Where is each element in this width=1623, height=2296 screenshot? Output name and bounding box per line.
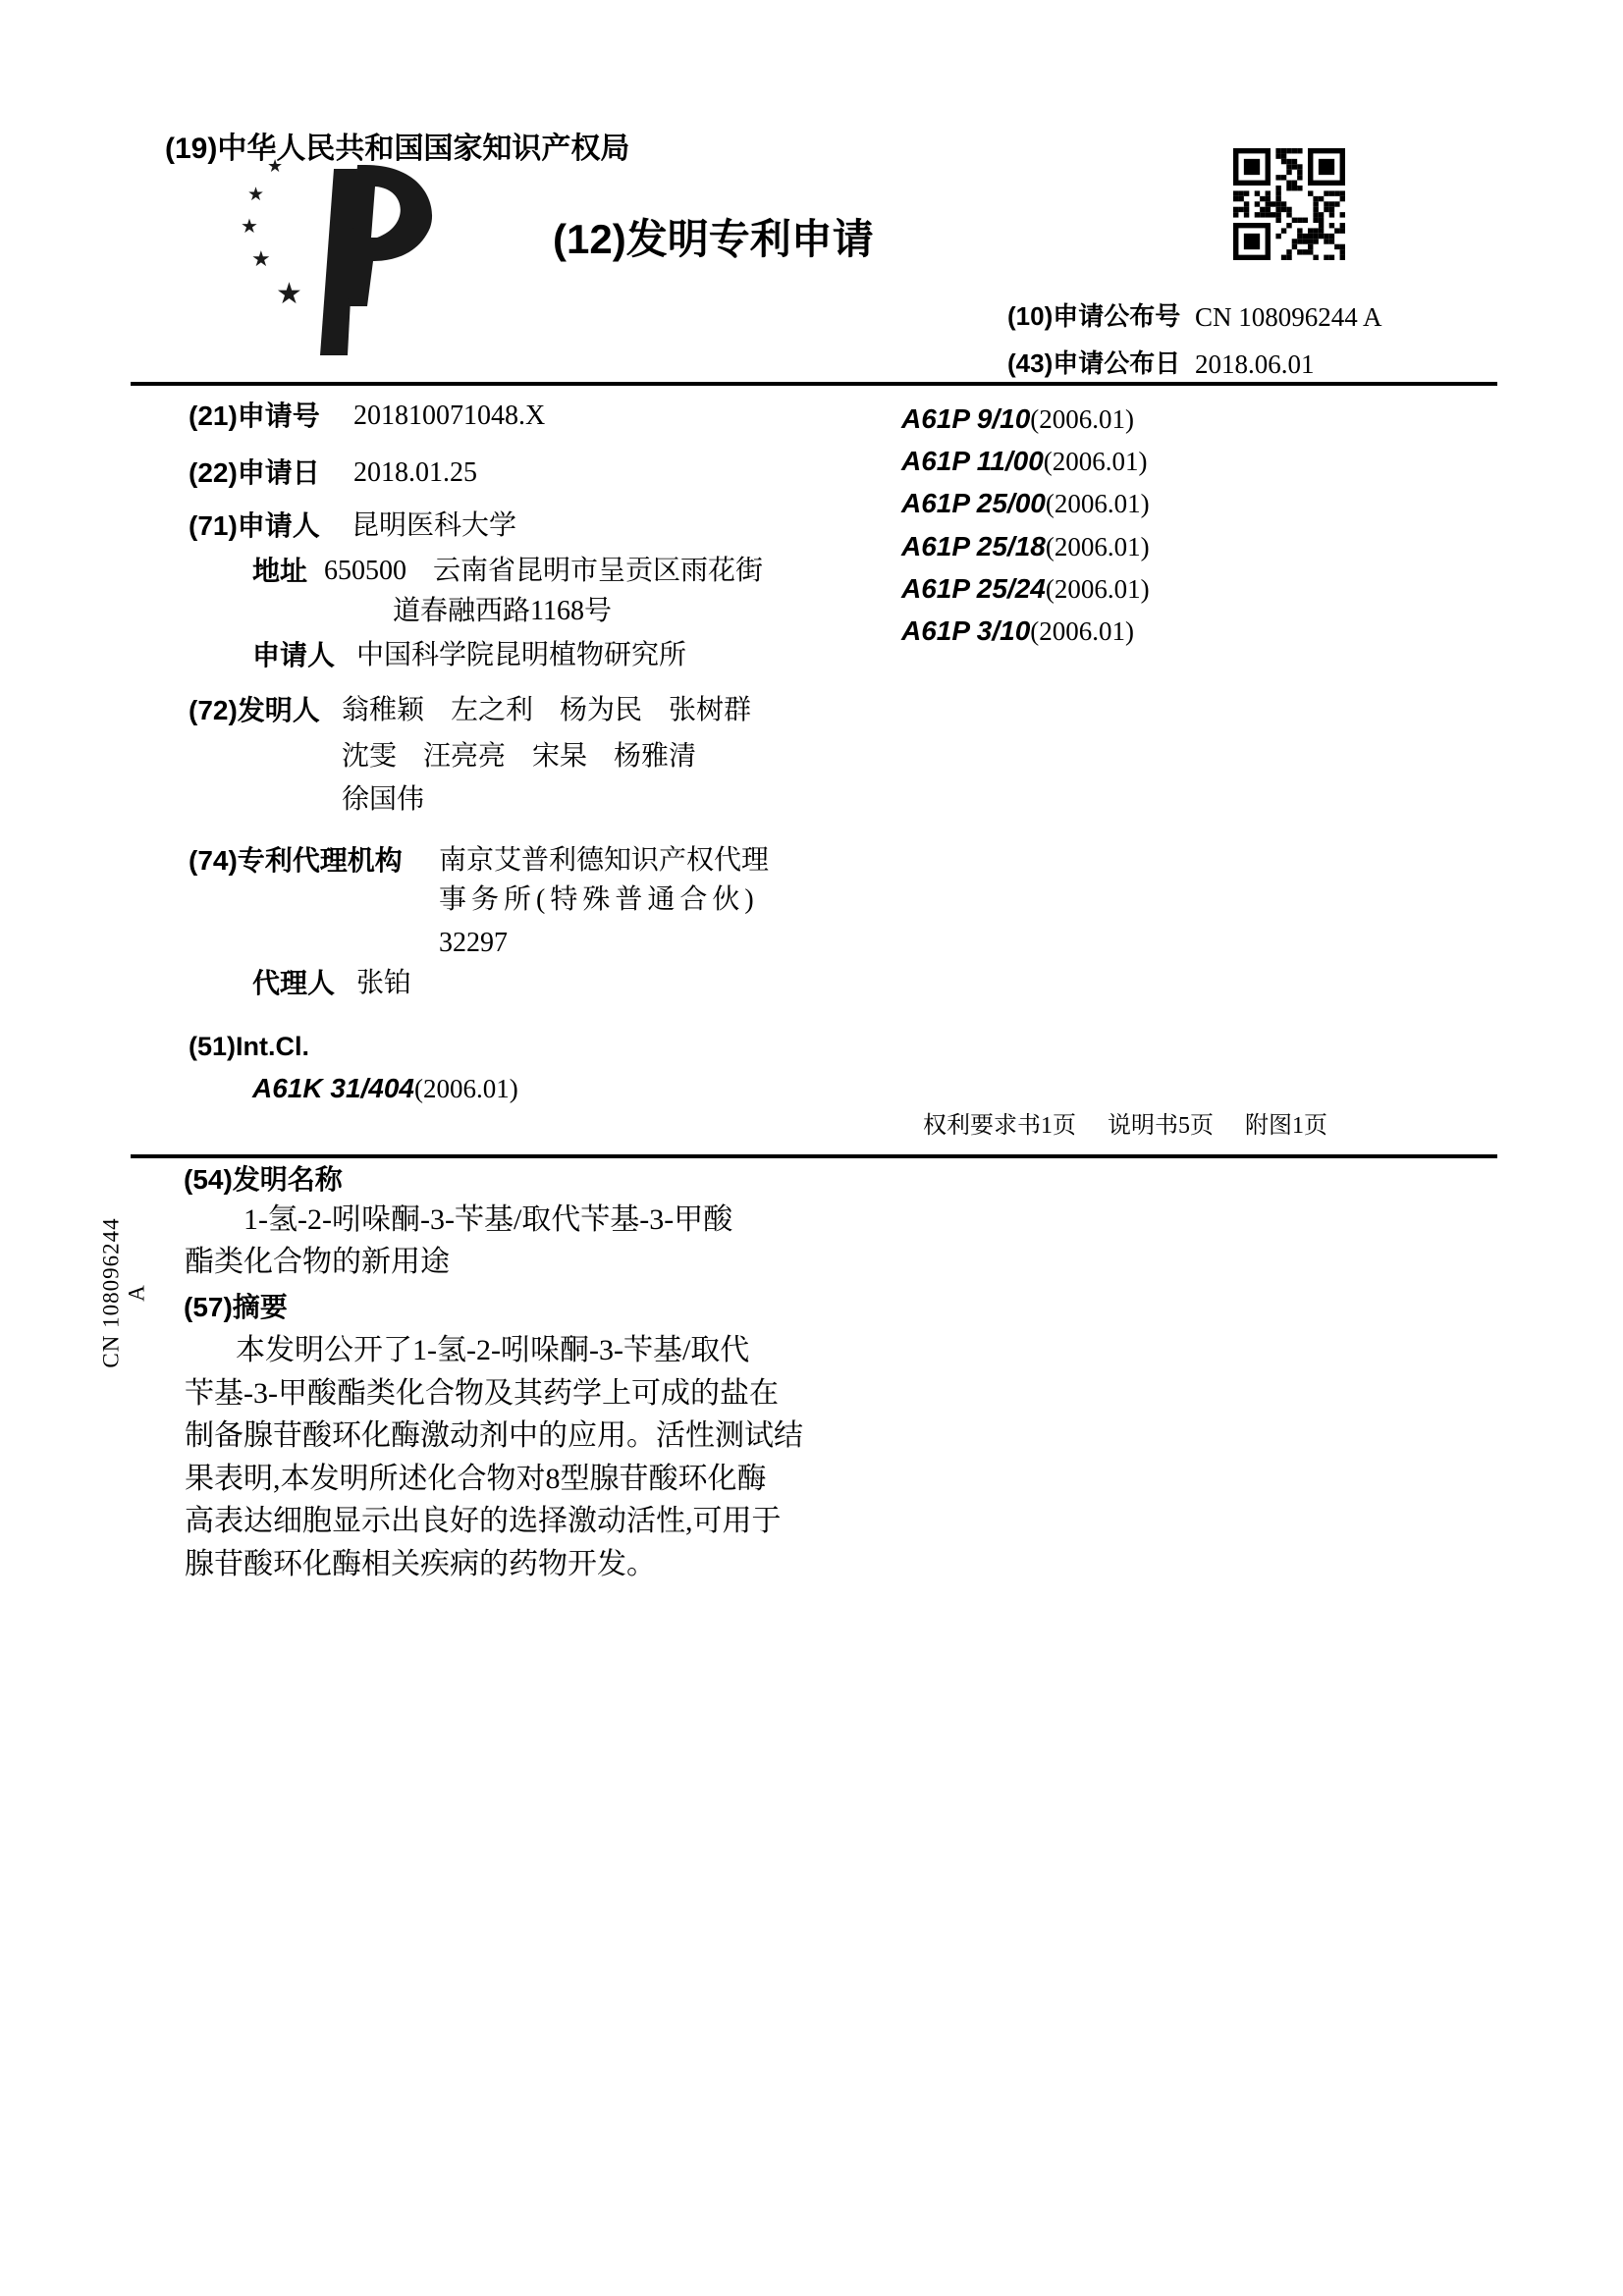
ipc-version: (2006.01) [1030, 616, 1134, 646]
ipc-version: (2006.01) [1046, 532, 1150, 561]
star-icon: ★ [247, 186, 264, 204]
pub-number-value: CN 108096244 A [1195, 302, 1382, 333]
address-line2: 道春融西路1168号 [393, 596, 612, 627]
star-icon: ★ [251, 248, 271, 270]
agency-code: 32297 [439, 928, 508, 959]
ipc-code: A61P 3/10 [901, 615, 1030, 646]
abstract-label: (57)摘要 [184, 1292, 288, 1323]
invention-title-label: (54)发明名称 [184, 1164, 343, 1196]
agent-label: 代理人 [252, 968, 335, 999]
pages-info: 权利要求书1页 说明书5页 附图1页 [923, 1105, 1327, 1140]
patent-front-page: (19)中华人民共和国国家知识产权局 ★ ★ ★ ★ ★ (12)发明专利申请 [0, 0, 1623, 2296]
ipc-code: A61P 9/10 [901, 403, 1030, 434]
ipc-code: A61P 11/00 [901, 446, 1044, 476]
filing-date-label: (22)申请日 [189, 457, 320, 489]
agent-value: 张铂 [356, 968, 411, 999]
side-publication-code: CN 108096244 A [99, 1207, 129, 1379]
ipc-code-row: A61P 11/00(2006.01) [901, 446, 1148, 478]
application-number-label: (21)申请号 [189, 400, 320, 432]
inventors-label: (72)发明人 [189, 695, 320, 726]
ipc-code-row: A61P 25/18(2006.01) [901, 531, 1150, 563]
star-icon: ★ [276, 280, 302, 309]
agency-name-line1: 南京艾普利德知识产权代理 [439, 845, 769, 877]
address-label: 地址 [252, 556, 307, 587]
ipc-code-row: A61P 25/00(2006.01) [901, 488, 1150, 520]
ipc-code: A61P 25/00 [901, 488, 1046, 518]
ipc-version: (2006.01) [1046, 489, 1150, 518]
ipc-code-row: A61P 25/24(2006.01) [901, 573, 1150, 606]
abstract-line: 苄基-3-甲酸酯类化合物及其药学上可成的盐在 [185, 1377, 779, 1412]
inventors-row: 徐国伟 [342, 784, 424, 816]
agency-label: (74)专利代理机构 [189, 845, 403, 877]
ipc-code-row: A61P 9/10(2006.01) [901, 403, 1134, 436]
applicant-value: 昆明医科大学 [352, 510, 516, 542]
abstract-line: 制备腺苷酸环化酶激动剂中的应用。活性测试结 [185, 1419, 803, 1454]
body-divider [131, 1154, 1497, 1158]
abstract-line: 本发明公开了1-氢-2-吲哚酮-3-苄基/取代 [236, 1334, 749, 1368]
applicant2-label: 申请人 [252, 640, 335, 671]
invention-title-line2: 酯类化合物的新用途 [185, 1246, 450, 1280]
inventors-row: 翁稚颖 左之利 杨为民 张树群 [342, 695, 751, 726]
drawings-pages: 附图1页 [1245, 1105, 1327, 1140]
pub-date-value: 2018.06.01 [1195, 349, 1315, 380]
pub-number-label: (10)申请公布号 [1007, 302, 1180, 332]
application-number-value: 201810071048.X [353, 400, 545, 432]
pub-date-label: (43)申请公布日 [1007, 349, 1180, 379]
claims-pages: 权利要求书1页 [923, 1105, 1076, 1140]
abstract-line: 高表达细胞显示出良好的选择激动活性,可用于 [185, 1505, 782, 1539]
invention-title-line1: 1-氢-2-吲哚酮-3-苄基/取代苄基-3-甲酸 [243, 1203, 732, 1238]
inventors-row: 沈雯 汪亮亮 宋杲 杨雅清 [342, 741, 696, 773]
ipc-version: (2006.01) [1044, 447, 1148, 476]
star-icon: ★ [267, 157, 283, 175]
ipc-version: (2006.01) [1030, 404, 1134, 434]
ipc-code-row: A61P 3/10(2006.01) [901, 615, 1134, 648]
address-line1: 650500 云南省昆明市呈贡区雨花街 [324, 556, 763, 587]
ipc-version: (2006.01) [1046, 574, 1150, 604]
ipc-code: A61P 25/24 [901, 573, 1046, 604]
intcl-version: (2006.01) [414, 1074, 518, 1103]
applicant-label: (71)申请人 [189, 510, 320, 542]
applicant2-value: 中国科学院昆明植物研究所 [356, 640, 686, 671]
star-icon: ★ [241, 217, 258, 237]
abstract-line: 果表明,本发明所述化合物对8型腺苷酸环化酶 [185, 1463, 767, 1497]
intcl-code: A61K 31/404 [252, 1073, 414, 1103]
intcl-label: (51)Int.Cl. [189, 1032, 309, 1062]
ipc-code: A61P 25/18 [901, 531, 1046, 561]
intcl-entry: A61K 31/404(2006.01) [252, 1073, 518, 1105]
description-pages: 说明书5页 [1108, 1105, 1214, 1140]
abstract-line: 腺苷酸环化酶相关疾病的药物开发。 [185, 1548, 656, 1582]
document-type-title: (12)发明专利申请 [553, 216, 874, 263]
header-divider [131, 382, 1497, 386]
filing-date-value: 2018.01.25 [353, 457, 477, 489]
qr-code-icon [1217, 131, 1329, 242]
agency-name-line2: 事务所(特殊普通合伙) [439, 884, 759, 916]
